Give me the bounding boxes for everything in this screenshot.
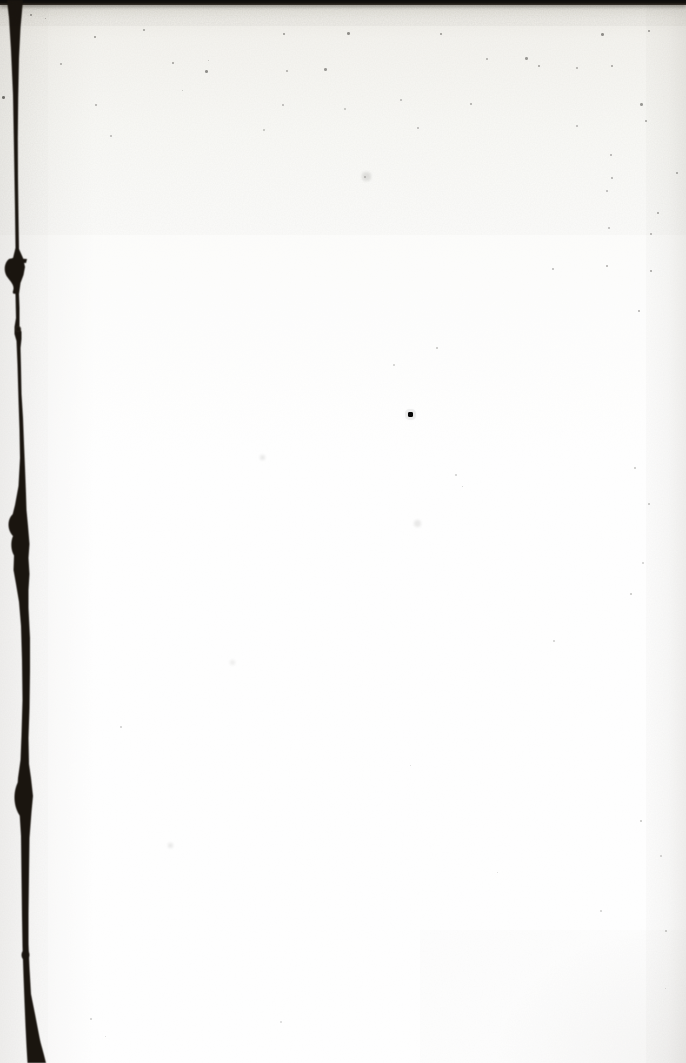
paper-speck	[676, 172, 678, 174]
paper-speck	[630, 593, 632, 595]
paper-speck	[283, 33, 285, 35]
paper-speck	[640, 820, 642, 822]
paper-speck	[642, 562, 644, 564]
paper-speck	[650, 270, 652, 272]
paper-speck	[90, 1018, 92, 1020]
paper-speck	[182, 90, 183, 91]
paper-speck	[60, 63, 62, 65]
paper-speck	[410, 765, 411, 766]
paper-speck	[600, 910, 602, 912]
paper-speck	[393, 364, 395, 366]
paper-smudge	[260, 455, 265, 460]
paper-speck	[606, 190, 608, 192]
paper-speck	[645, 120, 647, 122]
paper-speck	[608, 227, 610, 229]
paper-speck	[286, 70, 288, 72]
paper-smudge	[362, 172, 371, 181]
paper-speck	[648, 503, 650, 505]
paper-speck	[2, 96, 5, 99]
paper-speck	[105, 1036, 106, 1037]
paper-speck	[610, 154, 612, 156]
paper-smudge	[414, 520, 421, 527]
speck-layer	[0, 0, 686, 1063]
paper-speck	[634, 467, 636, 469]
paper-speck	[282, 104, 284, 106]
paper-speck	[347, 32, 350, 35]
paper-speck	[417, 127, 419, 129]
paper-speck	[553, 640, 555, 642]
paper-speck	[606, 265, 608, 267]
paper-speck	[648, 30, 650, 32]
paper-speck	[280, 1021, 282, 1023]
paper-speck	[440, 33, 442, 35]
paper-speck	[95, 104, 97, 106]
paper-speck	[601, 33, 604, 36]
paper-speck	[638, 310, 640, 312]
paper-speck	[525, 57, 528, 60]
paper-speck	[94, 36, 96, 38]
paper-speck	[143, 29, 145, 31]
paper-speck	[208, 60, 209, 61]
paper-speck	[552, 268, 554, 270]
paper-speck	[660, 855, 662, 857]
paper-speck	[470, 103, 472, 105]
paper-speck	[576, 125, 578, 127]
paper-speck	[497, 872, 498, 873]
paper-speck	[486, 58, 488, 60]
paper-speck	[30, 14, 32, 16]
paper-speck	[538, 65, 540, 67]
paper-speck	[640, 103, 643, 106]
paper-smudge	[168, 843, 173, 848]
paper-speck	[665, 930, 667, 932]
paper-speck	[324, 68, 327, 71]
paper-speck	[657, 212, 659, 214]
paper-speck	[205, 70, 208, 73]
paper-speck	[120, 726, 122, 728]
paper-speck	[576, 67, 578, 69]
paper-speck	[611, 65, 613, 67]
paper-speck	[436, 347, 438, 349]
page-scan	[0, 0, 686, 1063]
paper-speck	[462, 486, 463, 487]
paper-speck	[611, 177, 613, 179]
ink-dot	[408, 412, 413, 417]
paper-speck	[45, 18, 46, 19]
paper-smudge	[230, 660, 235, 665]
paper-speck	[665, 988, 666, 989]
paper-speck	[455, 474, 457, 476]
paper-speck	[263, 129, 265, 131]
paper-speck	[172, 62, 174, 64]
paper-speck	[110, 135, 112, 137]
paper-speck	[344, 108, 346, 110]
paper-speck	[650, 233, 652, 235]
paper-speck	[400, 99, 402, 101]
